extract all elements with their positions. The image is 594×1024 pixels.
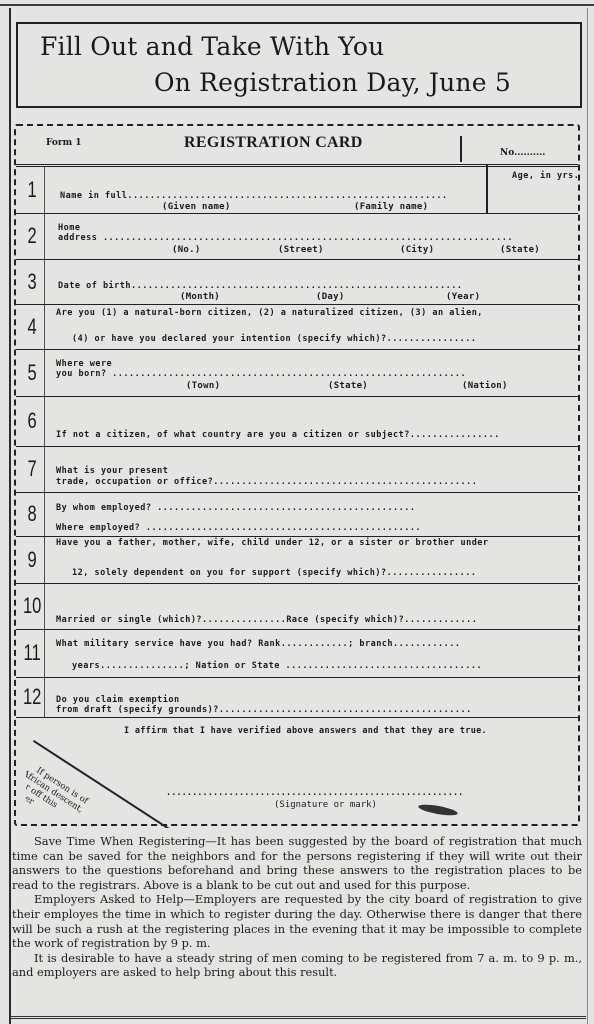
- year-label: (Year): [446, 292, 480, 302]
- country-field: If not a citizen, of what country are yo…: [56, 430, 500, 440]
- row-number: 3: [20, 259, 45, 304]
- column-rule-right: [587, 8, 588, 1024]
- state-label: (State): [328, 381, 368, 391]
- field-row-occupation: 7 What is your present trade, occupation…: [16, 446, 578, 493]
- employment-place-field: Where employed? ........................…: [56, 523, 421, 533]
- bottom-rule: [10, 1016, 586, 1019]
- address-state-label: (State): [500, 245, 540, 255]
- tear-off-corner[interactable]: If person is of African descent, tear of…: [26, 738, 176, 828]
- field-row-dependents: 9 Have you a father, mother, wife, child…: [16, 536, 578, 584]
- field-row-employer: 8 By whom employed? ....................…: [16, 492, 578, 537]
- field-row-military: 11 What military service have you had? R…: [16, 629, 578, 678]
- headline-line-2: On Registration Day, June 5: [154, 68, 511, 97]
- headline-line-1: Fill Out and Take With You: [40, 32, 384, 61]
- employer-field: By whom employed? ......................…: [56, 503, 416, 513]
- exemption-field: from draft (specify grounds)?...........…: [56, 705, 472, 715]
- age-divider: [486, 164, 488, 213]
- row-number: 5: [20, 349, 45, 396]
- column-rule-left: [9, 8, 11, 1024]
- field-row-citizenship: 4 Are you (1) a natural-born citizen, (2…: [16, 304, 578, 350]
- address-no-label: (No.): [172, 245, 201, 255]
- article-paragraph: Employers Asked to Help—Employers are re…: [12, 892, 582, 950]
- citizenship-field: (4) or have you declared your intention …: [72, 334, 476, 344]
- article-body: Save Time When Registering—It has been s…: [12, 834, 582, 980]
- signature-field: ........................................…: [166, 788, 463, 798]
- article-paragraph: Save Time When Registering—It has been s…: [12, 834, 582, 892]
- home-label: Home: [58, 223, 80, 233]
- article-paragraph: It is desirable to have a steady string …: [12, 951, 582, 980]
- marital-race-field: Married or single (which)?..............…: [56, 615, 477, 625]
- row-number: 10: [20, 583, 45, 629]
- dependents-field: 12, solely dependent on you for support …: [72, 568, 476, 578]
- age-field-label: Age, in yrs.: [512, 171, 579, 181]
- family-name-label: (Family name): [354, 202, 428, 212]
- address-field: address ................................…: [58, 233, 513, 243]
- row-number: 8: [20, 492, 45, 536]
- birthdate-field: Date of birth...........................…: [58, 281, 462, 291]
- row-number: 6: [20, 396, 45, 446]
- birthplace-label: Where were: [56, 359, 112, 369]
- ink-blot: [418, 803, 459, 818]
- nation-label: (Nation): [462, 381, 508, 391]
- signature-label: (Signature or mark): [274, 800, 377, 810]
- page-top-rule: [0, 4, 594, 6]
- birthplace-field: you born? ..............................…: [56, 369, 466, 379]
- field-row-name: 1 Name in full..........................…: [16, 167, 578, 214]
- town-label: (Town): [186, 381, 220, 391]
- row-number: 9: [20, 536, 45, 583]
- card-title: REGISTRATION CARD: [184, 134, 363, 152]
- form-number-label: Form 1: [46, 138, 82, 148]
- row-number: 4: [20, 304, 45, 349]
- registration-card: Form 1 REGISTRATION CARD No.......... 1 …: [14, 124, 580, 826]
- military-years-field: years...............; Nation or State ..…: [72, 661, 482, 671]
- card-number-field: No..........: [500, 148, 545, 158]
- day-label: (Day): [316, 292, 345, 302]
- month-label: (Month): [180, 292, 220, 302]
- military-rank-field: What military service have you had? Rank…: [56, 639, 460, 649]
- tear-off-note: If person is of African descent, tear of…: [26, 758, 90, 828]
- field-row-exemption: 12 Do you claim exemption from draft (sp…: [16, 677, 578, 718]
- row-number: 1: [20, 167, 45, 213]
- field-row-birthdate: 3 Date of birth.........................…: [16, 259, 578, 305]
- address-street-label: (Street): [278, 245, 324, 255]
- field-row-country: 6 If not a citizen, of what country are …: [16, 396, 578, 447]
- field-row-marital-race: 10 Married or single (which)?...........…: [16, 583, 578, 630]
- citizenship-question: Are you (1) a natural-born citizen, (2) …: [56, 308, 483, 318]
- row-number: 11: [20, 629, 45, 677]
- name-field: Name in full............................…: [60, 191, 448, 201]
- exemption-label: Do you claim exemption: [56, 695, 180, 705]
- field-row-address: 2 Home address .........................…: [16, 213, 578, 260]
- row-number: 12: [20, 677, 45, 717]
- occupation-label: What is your present: [56, 466, 168, 476]
- headline-box: Fill Out and Take With You On Registrati…: [16, 22, 582, 108]
- occupation-field: trade, occupation or office?............…: [56, 477, 477, 487]
- dependents-question: Have you a father, mother, wife, child u…: [56, 538, 489, 548]
- row-number: 2: [20, 213, 45, 259]
- field-row-birthplace: 5 Where were you born? .................…: [16, 349, 578, 397]
- given-name-label: (Given name): [162, 202, 231, 212]
- row-number: 7: [20, 446, 45, 492]
- address-city-label: (City): [400, 245, 434, 255]
- affirmation-statement: I affirm that I have verified above answ…: [124, 726, 487, 736]
- header-divider: [460, 136, 462, 162]
- card-header: Form 1 REGISTRATION CARD No..........: [16, 126, 578, 167]
